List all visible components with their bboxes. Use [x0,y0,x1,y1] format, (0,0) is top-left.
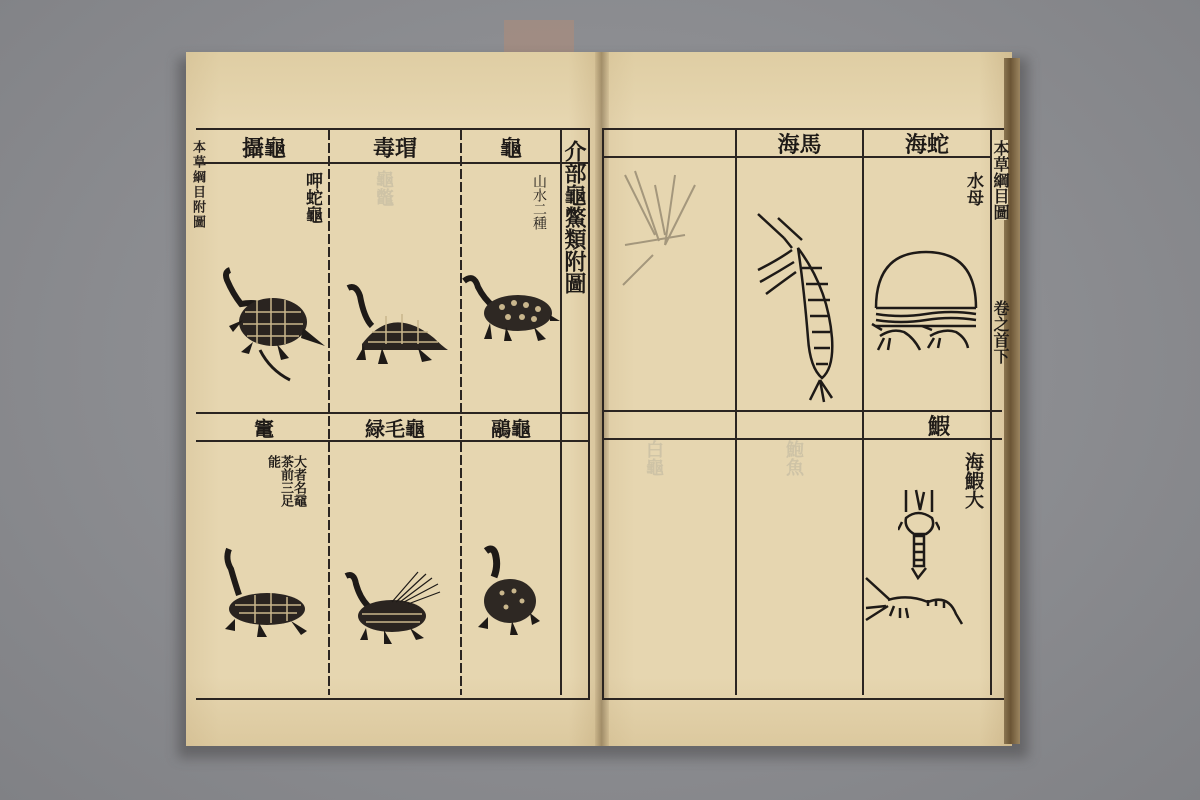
cell-title-haizha: 海蛇 [864,130,990,156]
cell-title-yuan: 竃 [200,414,328,440]
squat-tortoise-illustration [472,545,544,640]
title-text: 龜 [500,132,522,163]
title-text: 竃 [254,413,274,442]
title-text: 緑毛龜 [365,413,425,442]
margin-book-title: 本草綱目圖 [992,140,1008,220]
jellyfish-illustration [870,250,985,360]
seahorse-shrimp-illustration [748,208,838,403]
tortoise-illustration [215,262,330,387]
faded-illustration [615,165,725,365]
cell-title-lvmaogui: 緑毛龜 [330,414,460,440]
column-divider [735,130,737,695]
column-divider [460,130,462,695]
note-shanshui: 山水二種 [532,174,546,230]
cell-title-yigui: 鷊龜 [462,414,560,440]
lobster-illustration [898,488,940,580]
cell-title-daimao: 毒瑁 [330,132,460,162]
title-text: 海蛇 [905,128,949,159]
title-text: 鰕 [928,410,950,441]
spotted-tortoise-illustration [460,275,560,350]
column-divider [328,130,330,695]
shrimp-illustration [864,570,964,630]
title-text: 海馬 [777,128,821,159]
cell-title-haima: 海馬 [737,130,862,156]
note-haixia: 海鰕大 [963,452,982,509]
green-hair-tortoise-illustration [340,570,445,650]
note-yuan: 大者名黿茶前三足能 [266,455,305,517]
note-xiashegui: 呷蛇龜 [303,172,320,223]
title-text: 鷊龜 [491,413,531,442]
tortoise-illustration [215,545,315,645]
cell-title-gui: 龜 [462,132,560,162]
margin-volume: 卷之首下 [992,300,1008,364]
section-heading: 介部龜鱉類附圖 [563,140,585,294]
title-text: 毒瑁 [373,132,417,163]
note-shuimu: 水母 [964,172,981,206]
cell-title-xia: 鰕 [864,412,990,438]
cell-title-sheqi: 攝龜 [200,132,328,162]
title-text: 攝龜 [242,132,286,163]
long-neck-tortoise-illustration [342,282,450,377]
